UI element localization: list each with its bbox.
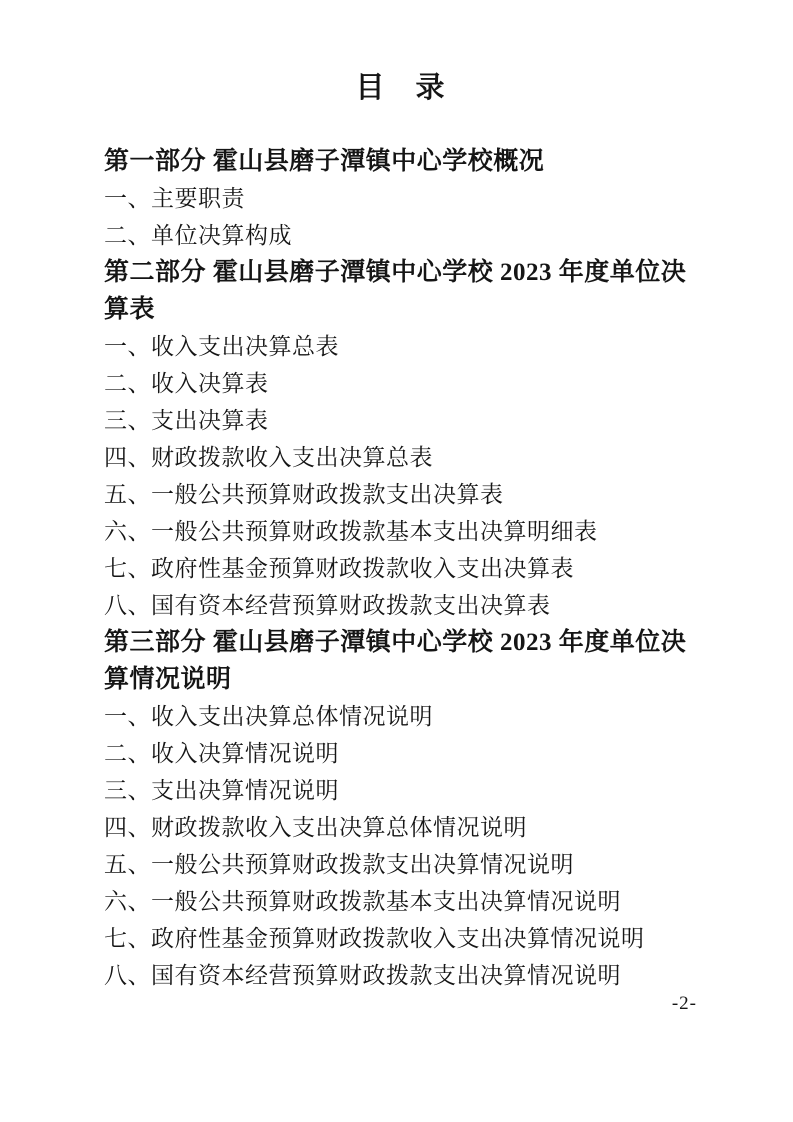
toc-section-3: 第三部分 霍山县磨子潭镇中心学校 2023 年度单位决算情况说明 一、收入支出决… bbox=[104, 624, 704, 994]
toc-item: 八、国有资本经营预算财政拨款支出决算情况说明 bbox=[104, 957, 704, 994]
toc-item: 七、政府性基金预算财政拨款收入支出决算表 bbox=[104, 550, 704, 587]
toc-section-1: 第一部分 霍山县磨子潭镇中心学校概况 一、主要职责 二、单位决算构成 bbox=[104, 143, 704, 254]
toc-item: 四、财政拨款收入支出决算总体情况说明 bbox=[104, 809, 704, 846]
toc-item: 四、财政拨款收入支出决算总表 bbox=[104, 439, 704, 476]
toc-section-2: 第二部分 霍山县磨子潭镇中心学校 2023 年度单位决算表 一、收入支出决算总表… bbox=[104, 254, 704, 624]
page-number: -2- bbox=[672, 994, 697, 1014]
toc-item: 七、政府性基金预算财政拨款收入支出决算情况说明 bbox=[104, 920, 704, 957]
toc-item: 八、国有资本经营预算财政拨款支出决算表 bbox=[104, 587, 704, 624]
toc-section-heading: 第二部分 霍山县磨子潭镇中心学校 2023 年度单位决算表 bbox=[104, 254, 704, 328]
toc-item: 一、收入支出决算总表 bbox=[104, 328, 704, 365]
toc-item: 二、收入决算表 bbox=[104, 365, 704, 402]
toc-item: 一、收入支出决算总体情况说明 bbox=[104, 698, 704, 735]
toc-item: 二、单位决算构成 bbox=[104, 217, 704, 254]
toc-item: 二、收入决算情况说明 bbox=[104, 735, 704, 772]
toc-item: 六、一般公共预算财政拨款基本支出决算明细表 bbox=[104, 513, 704, 550]
page-title: 目 录 bbox=[104, 68, 697, 108]
toc-item: 三、支出决算情况说明 bbox=[104, 772, 704, 809]
toc-item: 六、一般公共预算财政拨款基本支出决算情况说明 bbox=[104, 883, 704, 920]
toc-section-heading: 第一部分 霍山县磨子潭镇中心学校概况 bbox=[104, 143, 704, 180]
toc-item: 一、主要职责 bbox=[104, 180, 704, 217]
toc-section-heading: 第三部分 霍山县磨子潭镇中心学校 2023 年度单位决算情况说明 bbox=[104, 624, 704, 698]
toc-item: 五、一般公共预算财政拨款支出决算情况说明 bbox=[104, 846, 704, 883]
table-of-contents: 第一部分 霍山县磨子潭镇中心学校概况 一、主要职责 二、单位决算构成 第二部分 … bbox=[104, 143, 704, 994]
toc-item: 五、一般公共预算财政拨款支出决算表 bbox=[104, 476, 704, 513]
document-page: 目 录 第一部分 霍山县磨子潭镇中心学校概况 一、主要职责 二、单位决算构成 第… bbox=[0, 0, 793, 1122]
toc-item: 三、支出决算表 bbox=[104, 402, 704, 439]
